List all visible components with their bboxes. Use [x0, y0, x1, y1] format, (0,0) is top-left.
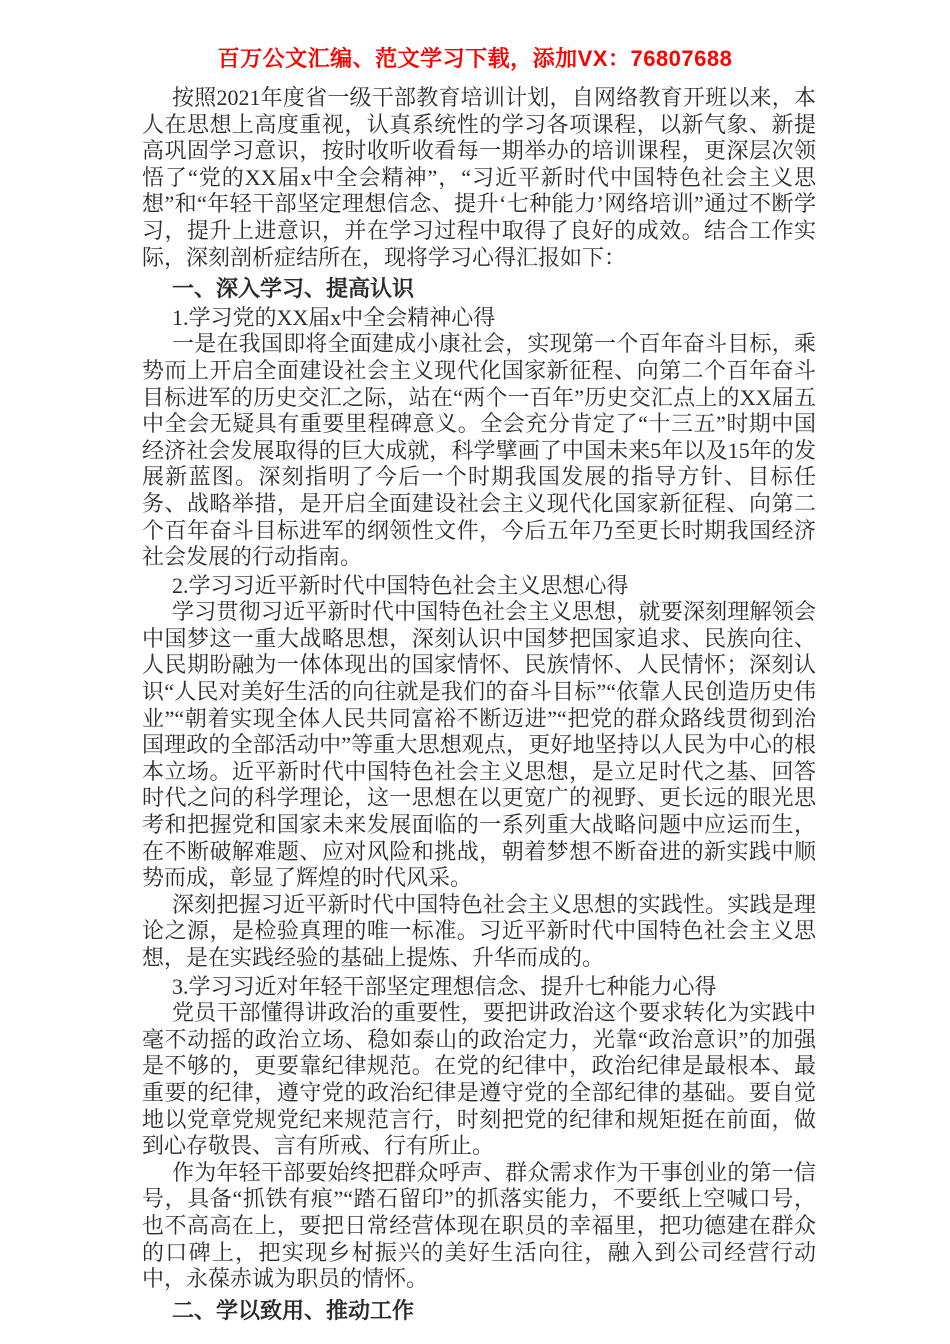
paragraph: 作为年轻干部要始终把群众呼声、群众需求作为干事创业的第一信号，具备“抓铁有痕”“…: [142, 1160, 816, 1293]
section-heading: 一、深入学习、提高认识: [142, 276, 816, 303]
document-body: 按照2021年度省一级干部教育培训计划，自网络教育开班以来，本人在思想上高度重视…: [142, 85, 816, 1325]
paragraph: 党员干部懂得讲政治的重要性，要把讲政治这个要求转化为实践中毫不动摇的政治立场、稳…: [142, 1000, 816, 1160]
sub-heading: 1.学习党的XX届x中全会精神心得: [142, 305, 816, 332]
paragraph: 按照2021年度省一级干部教育培训计划，自网络教育开班以来，本人在思想上高度重视…: [142, 85, 816, 271]
sub-heading: 2.学习习近平新时代中国特色社会主义思想心得: [142, 573, 816, 600]
paragraph: 学习贯彻习近平新时代中国特色社会主义思想，就要深刻理解领会中国梦这一重大战略思想…: [142, 599, 816, 892]
page-number: 1: [352, 1245, 374, 1265]
paragraph: 一是在我国即将全面建成小康社会，实现第一个百年奋斗目标，乘势而上开启全面建设社会…: [142, 331, 816, 570]
paragraph: 深刻把握习近平新时代中国特色社会主义思想的实践性。实践是理论之源，是检验真理的唯…: [142, 892, 816, 972]
sub-heading: 3.学习习近对年轻干部坚定理想信念、提升七种能力心得: [142, 974, 816, 1001]
section-heading: 二、学以致用、推动工作: [142, 1298, 816, 1325]
promo-banner-text: 百万公文汇编、范文学习下载，添加VX：76807688: [0, 42, 950, 73]
document-page: 百万公文汇编、范文学习下载，添加VX：76807688 按照2021年度省一级干…: [0, 0, 950, 1344]
